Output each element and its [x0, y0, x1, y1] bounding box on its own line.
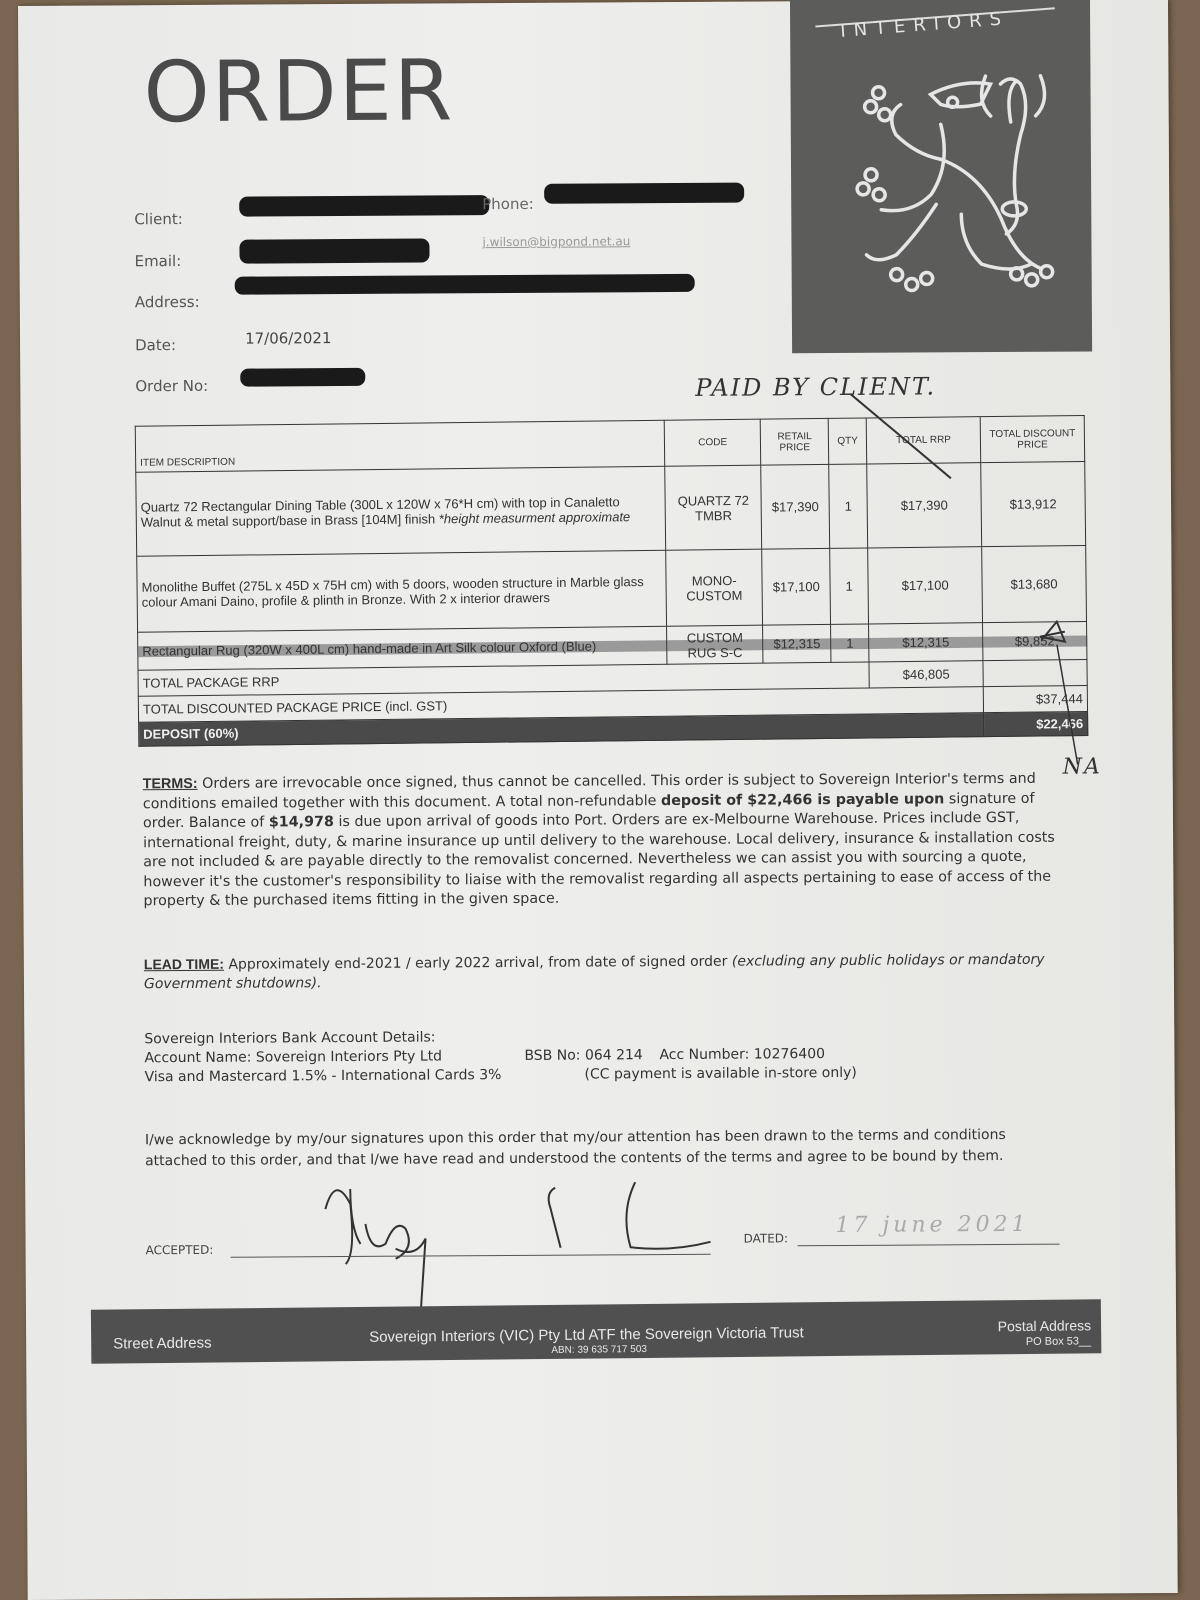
- footer-po-box: PO Box 53__: [1026, 1335, 1092, 1348]
- order-document: ORDER INTERIORS Client: Phone: Email: j.…: [18, 0, 1178, 1600]
- footer-street-address: Street Address: [113, 1335, 212, 1353]
- brand-logo: INTERIORS: [790, 0, 1092, 353]
- footer-bar: Street Address Sovereign Interiors (VIC)…: [91, 1299, 1102, 1364]
- email-value-redacted: [239, 238, 429, 263]
- order-no-redacted: [240, 368, 365, 387]
- table-row: Monolithe Buffet (275L x 45D x 75H cm) w…: [137, 546, 1087, 633]
- client-label: Client:: [134, 210, 183, 228]
- item-total-rrp: $12,315: [869, 623, 983, 662]
- footer-postal-address: Postal Address: [998, 1317, 1092, 1334]
- bank-account-number: Acc Number: 10276400: [659, 1045, 825, 1065]
- item-total-rrp: $17,390: [867, 463, 982, 548]
- page-title: ORDER: [143, 41, 454, 141]
- client-value-redacted: [239, 195, 489, 217]
- item-retail-price: $17,100: [762, 548, 831, 625]
- date-label: Date:: [135, 336, 176, 354]
- table-row: Quartz 72 Rectangular Dining Table (300L…: [136, 462, 1086, 557]
- terms-paragraph: TERMS: Orders are irrevocable once signe…: [143, 770, 1064, 912]
- item-retail-price: $17,390: [761, 464, 830, 549]
- col-total-rrp: TOTAL RRP: [866, 417, 980, 464]
- acknowledgement-text: I/we acknowledge by my/our signatures up…: [145, 1125, 1065, 1173]
- accepted-label: ACCEPTED:: [146, 1243, 214, 1257]
- item-code: MONO- CUSTOM: [666, 549, 763, 626]
- address-value-redacted: [235, 274, 695, 295]
- item-description: Quartz 72 Rectangular Dining Table (300L…: [136, 466, 666, 556]
- col-total-discount: TOTAL DISCOUNT PRICE: [980, 416, 1084, 463]
- order-items-table: ITEM DESCRIPTION CODE RETAIL PRICE QTY T…: [135, 415, 1089, 747]
- brand-name: INTERIORS: [840, 8, 1010, 42]
- col-qty: QTY: [828, 418, 867, 464]
- na-annotation: NA: [1063, 754, 1102, 779]
- lead-time-label: LEAD TIME:: [144, 956, 224, 972]
- item-total-rrp: $17,100: [868, 547, 983, 624]
- item-total-discount: $13,912: [981, 462, 1086, 547]
- terms-label: TERMS:: [143, 776, 198, 792]
- dated-label: DATED:: [744, 1231, 789, 1245]
- heraldic-lion-icon: [840, 64, 1072, 315]
- client-signature: [305, 1167, 726, 1310]
- total-package-rrp-value: $46,805: [869, 661, 983, 688]
- card-fees: Visa and Mastercard 1.5% - International…: [144, 1066, 584, 1088]
- address-label: Address:: [135, 293, 200, 311]
- item-qty: 1: [830, 548, 869, 624]
- order-no-label: Order No:: [135, 377, 208, 395]
- footer-company: Sovereign Interiors (VIC) Pty Ltd ATF th…: [369, 1324, 804, 1346]
- item-qty: 1: [829, 464, 868, 548]
- item-description: Rectangular Rug (320W x 400L cm) hand-ma…: [138, 626, 668, 670]
- item-code: CUSTOM RUG S-C: [667, 625, 763, 664]
- bank-bsb: BSB No: 064 214: [524, 1046, 659, 1066]
- item-description: Monolithe Buffet (275L x 45D x 75H cm) w…: [137, 550, 667, 632]
- handwritten-star-arrow: [1032, 614, 1093, 774]
- item-code: QUARTZ 72 TMBR: [665, 465, 762, 550]
- item-total-discount: $13,680: [982, 546, 1087, 623]
- col-retail-price: RETAIL PRICE: [760, 418, 828, 465]
- dated-line: [798, 1244, 1060, 1247]
- phone-label: Phone:: [482, 195, 534, 213]
- date-value: 17/06/2021: [245, 329, 332, 348]
- cc-note: (CC payment is available in-store only): [584, 1064, 856, 1085]
- dated-handwritten-value: 17 june 2021: [835, 1212, 1029, 1238]
- email-label: Email:: [135, 252, 182, 270]
- col-description: ITEM DESCRIPTION: [135, 420, 665, 472]
- col-code: CODE: [664, 419, 760, 466]
- phone-value-redacted: [544, 183, 744, 204]
- footer-abn: ABN: 39 635 717 503: [551, 1344, 647, 1356]
- lead-time-paragraph: LEAD TIME: Approximately end-2021 / earl…: [144, 950, 1064, 995]
- item-retail-price: $12,315: [763, 624, 831, 663]
- email-faded-text: j.wilson@bigpond.net.au: [482, 234, 630, 249]
- item-qty: 1: [831, 624, 869, 662]
- bank-account-name: Account Name: Sovereign Interiors Pty Lt…: [144, 1047, 524, 1068]
- bank-details: Sovereign Interiors Bank Account Details…: [144, 1026, 857, 1087]
